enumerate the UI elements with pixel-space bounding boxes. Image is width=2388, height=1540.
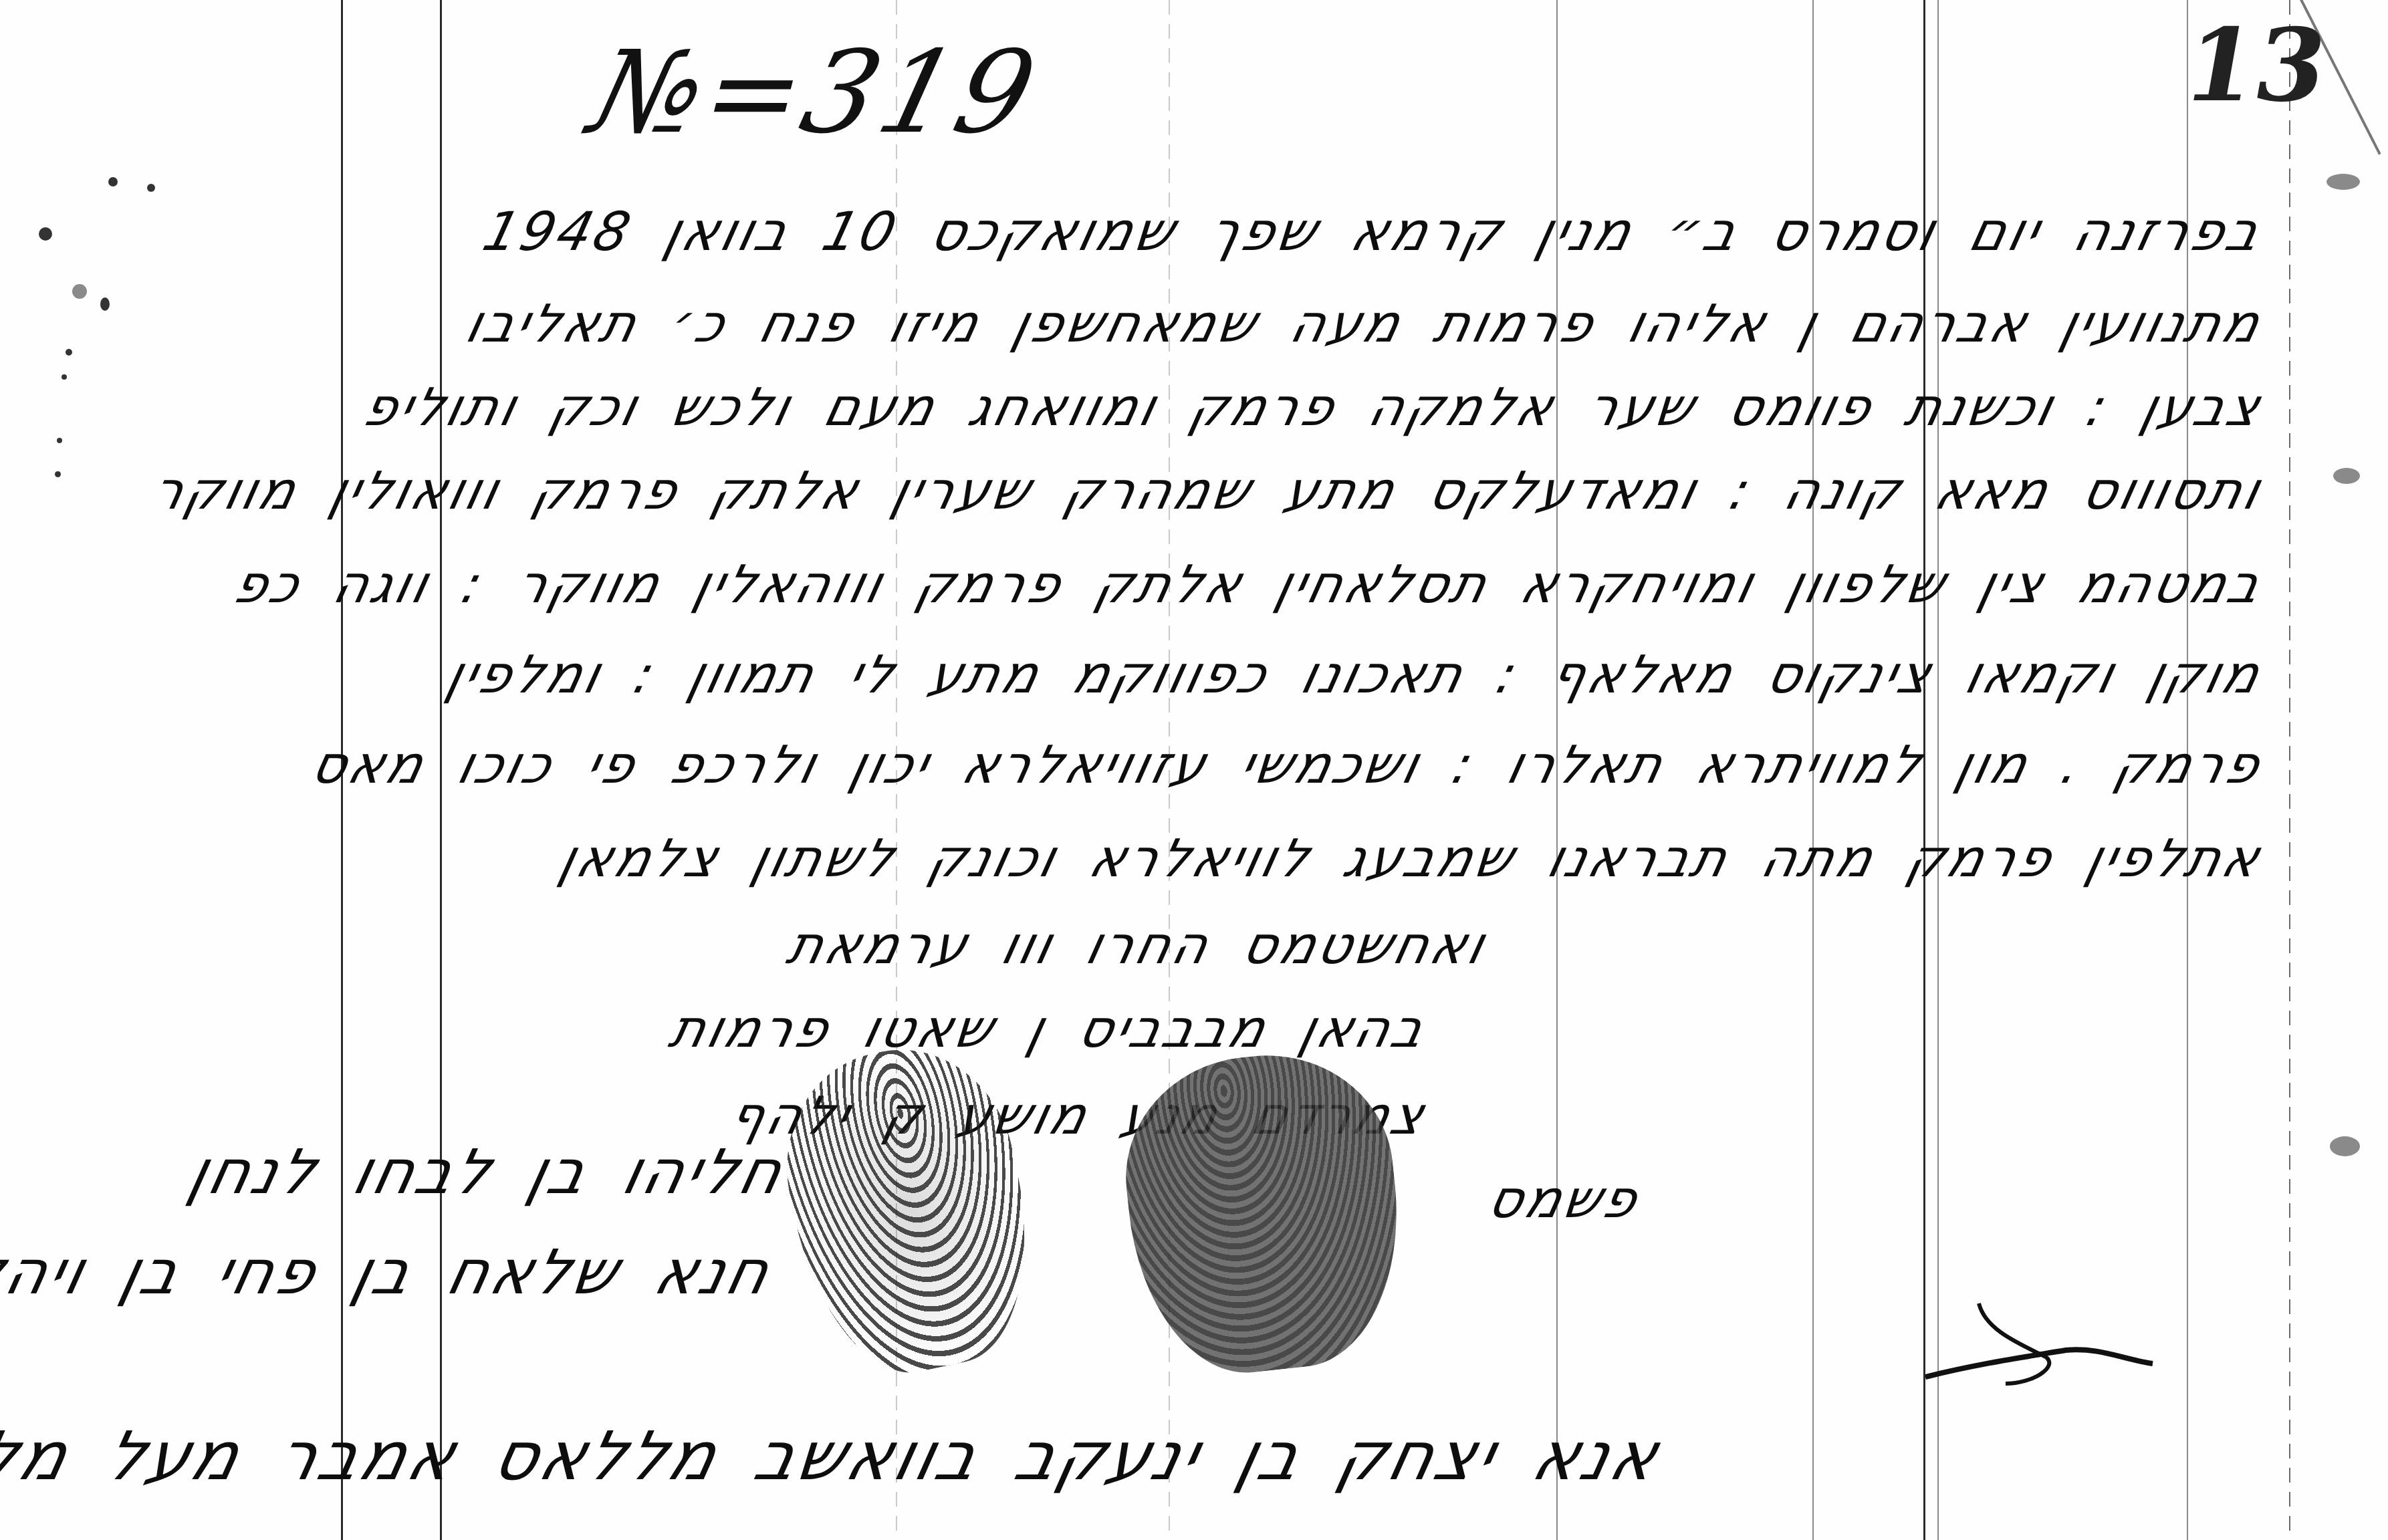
ink-speck bbox=[66, 349, 72, 356]
ink-speck bbox=[72, 284, 87, 299]
text-line: בהאן מבבביס ן שאטו פרמות bbox=[664, 999, 1433, 1059]
ink-speck bbox=[147, 184, 155, 192]
ink-smudge bbox=[2326, 174, 2360, 190]
text-line: ואחשטמס החרו ווו ערמאת bbox=[781, 916, 1493, 976]
ink-smudge bbox=[2333, 468, 2360, 484]
signature-line: חנא שלאח בן פחי בן ויהלם bbox=[0, 1237, 779, 1308]
document-page: №=319 13 בפרזנה יום וסמרס ב״ מנין קרמא ש… bbox=[0, 0, 2388, 1540]
text-line: פשמס bbox=[1482, 1170, 1647, 1230]
ink-smudge bbox=[2330, 1136, 2360, 1156]
text-line: מוקן וקמאו צינקוס מאלאף : תאכונו כפוווקמ… bbox=[441, 645, 2268, 705]
text-line: צבען : וכשנת פוומס שער אלמקה פרמק ומוואח… bbox=[358, 378, 2269, 438]
ink-speck bbox=[39, 227, 52, 241]
text-line: מתנוועין אברהם ן אליהו פרמות מעה שמאחשפן… bbox=[460, 294, 2269, 354]
right-margin-rule-line bbox=[2289, 0, 2290, 1540]
left-fingerprint bbox=[765, 1029, 1054, 1390]
signature-flourish-icon bbox=[1925, 1283, 2166, 1390]
ink-speck bbox=[108, 177, 118, 186]
text-line: במטהמ צין שלפוון ומויחקרא תסלאחין אלתק פ… bbox=[227, 555, 2268, 615]
ink-speck bbox=[57, 438, 62, 443]
ink-speck bbox=[55, 471, 61, 477]
ink-speck bbox=[100, 297, 110, 311]
reference-number: №=319 bbox=[578, 27, 1051, 159]
signature-line: חליהו בן לבחו לנחן bbox=[182, 1136, 793, 1208]
text-line: אתלפין פרמק מתה תבראנו שמבעג לוויאלרא וכ… bbox=[554, 829, 2268, 889]
text-line: ותסוווס מאא קונה : ומאדעלקס מתע שמהרק שע… bbox=[146, 461, 2269, 521]
ink-speck bbox=[62, 374, 67, 380]
text-line: פרמק . מון למוויתרא תאלרו : ושכמשי עזווי… bbox=[305, 735, 2268, 795]
page-number: 13 bbox=[2175, 7, 2336, 124]
text-line-date: בפרזנה יום וסמרס ב״ מנין קרמא שפך שמואקכ… bbox=[477, 201, 2269, 263]
signature-line-bottom: אנא יצחק בן ינעקב בוואשב מללאס אמבר מעל … bbox=[0, 1417, 1669, 1495]
